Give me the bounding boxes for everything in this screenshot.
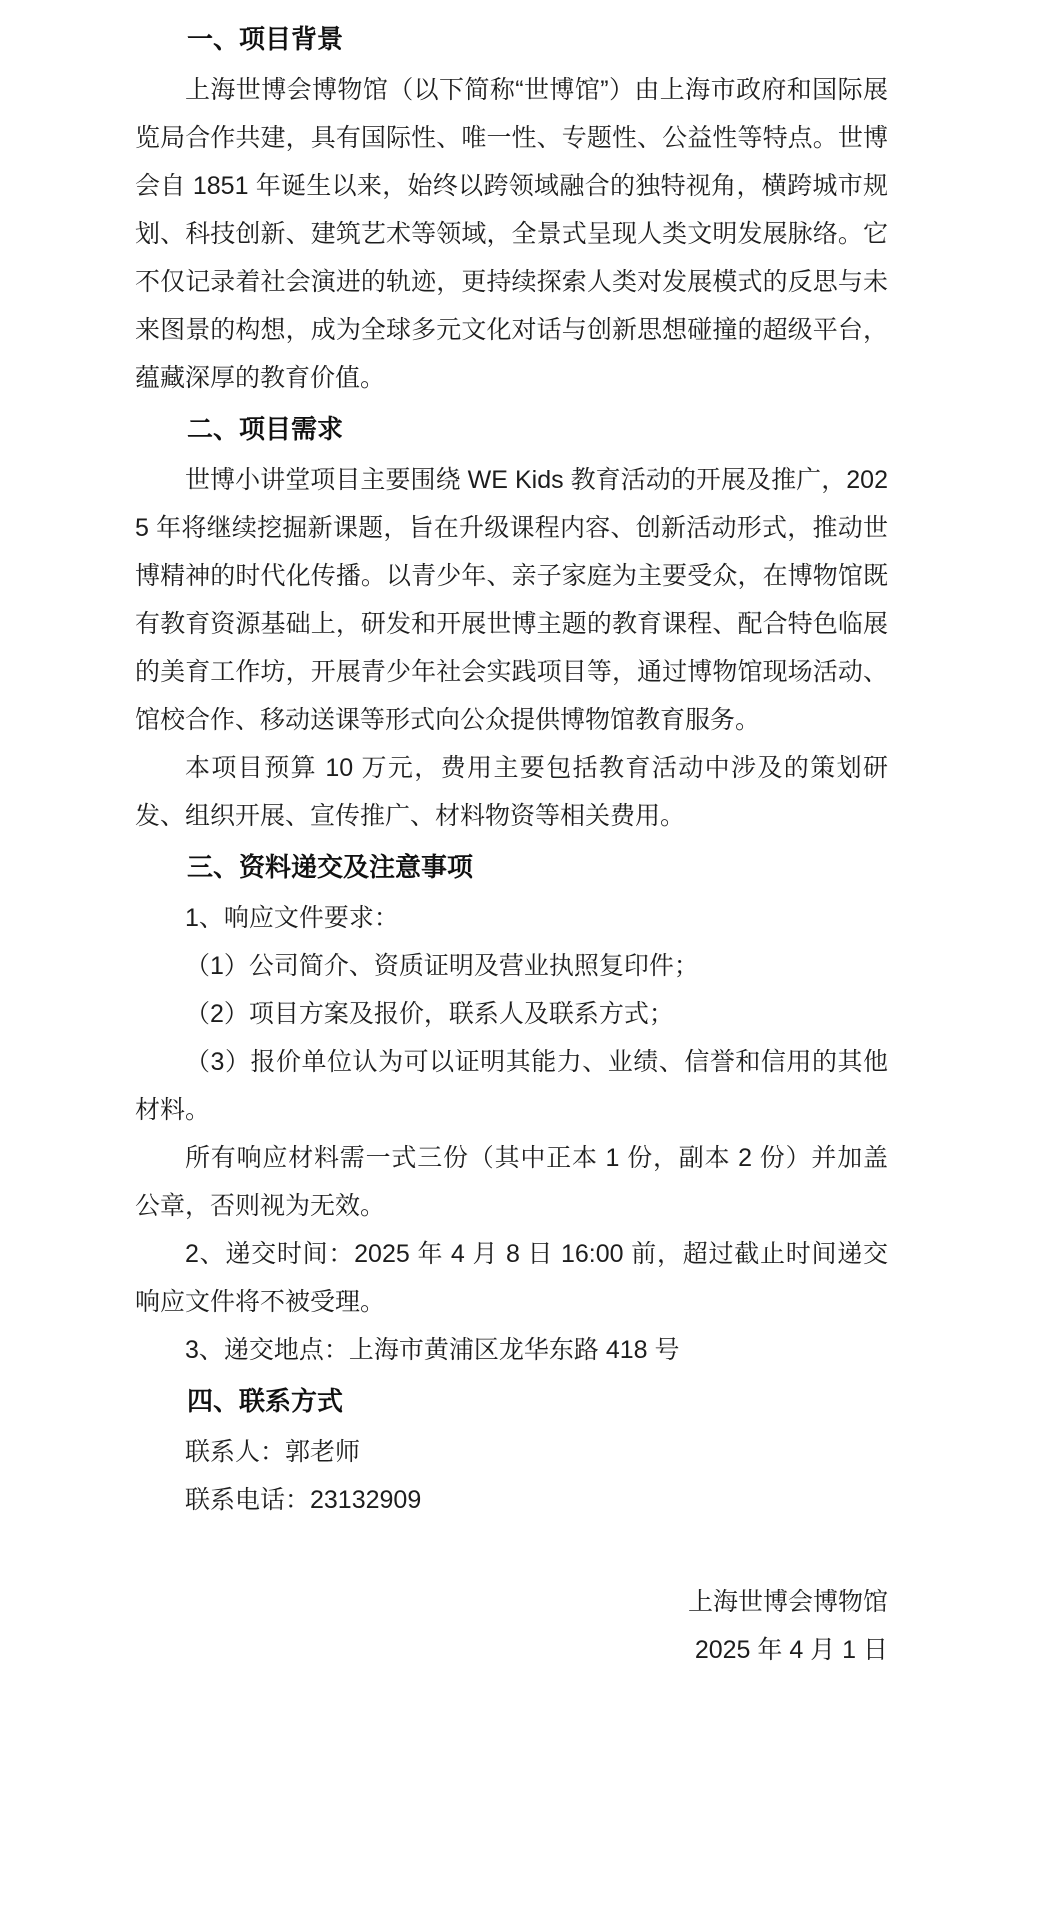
section-heading-submission-notes: 三、资料递交及注意事项: [135, 843, 888, 891]
list-item-submission-deadline: 2、递交时间：2025 年 4 月 8 日 16:00 前，超过截止时间递交响应…: [135, 1230, 888, 1326]
section-project-requirements: 二、项目需求 世博小讲堂项目主要围绕 WE Kids 教育活动的开展及推广，20…: [135, 405, 888, 840]
list-item-project-plan-quote: （2）项目方案及报价，联系人及联系方式；: [135, 990, 888, 1038]
list-item-other-materials: （3）报价单位认为可以证明其能力、业绩、信誉和信用的其他材料。: [135, 1038, 888, 1134]
contact-phone-line: 联系电话：23132909: [135, 1476, 888, 1524]
section-project-background: 一、项目背景 上海世博会博物馆（以下简称“世博馆”）由上海市政府和国际展览局合作…: [135, 15, 888, 402]
signature-organization: 上海世博会博物馆: [135, 1578, 888, 1626]
section-heading-project-requirements: 二、项目需求: [135, 405, 888, 453]
contact-person-line: 联系人：郭老师: [135, 1428, 888, 1476]
signature-date: 2025 年 4 月 1 日: [135, 1626, 888, 1674]
section-contact-info: 四、联系方式 联系人：郭老师 联系电话：23132909: [135, 1377, 888, 1524]
signature-block: 上海世博会博物馆 2025 年 4 月 1 日: [135, 1578, 888, 1674]
paragraph-requirements-budget: 本项目预算 10 万元，费用主要包括教育活动中涉及的策划研发、组织开展、宣传推广…: [135, 744, 888, 840]
paragraph-background: 上海世博会博物馆（以下简称“世博馆”）由上海市政府和国际展览局合作共建，具有国际…: [135, 66, 888, 402]
list-item-submission-address: 3、递交地点：上海市黄浦区龙华东路 418 号: [135, 1326, 888, 1374]
document-page: 一、项目背景 上海世博会博物馆（以下简称“世博馆”）由上海市政府和国际展览局合作…: [0, 0, 1038, 1920]
paragraph-copies-and-seal: 所有响应材料需一式三份（其中正本 1 份，副本 2 份）并加盖公章，否则视为无效…: [135, 1134, 888, 1230]
list-item-response-file-requirements: 1、响应文件要求：: [135, 894, 888, 942]
paragraph-requirements-scope: 世博小讲堂项目主要围绕 WE Kids 教育活动的开展及推广，2025 年将继续…: [135, 456, 888, 744]
section-submission-notes: 三、资料递交及注意事项 1、响应文件要求： （1）公司简介、资质证明及营业执照复…: [135, 843, 888, 1374]
section-heading-project-background: 一、项目背景: [135, 15, 888, 63]
list-item-company-profile: （1）公司简介、资质证明及营业执照复印件；: [135, 942, 888, 990]
section-heading-contact-info: 四、联系方式: [135, 1377, 888, 1425]
